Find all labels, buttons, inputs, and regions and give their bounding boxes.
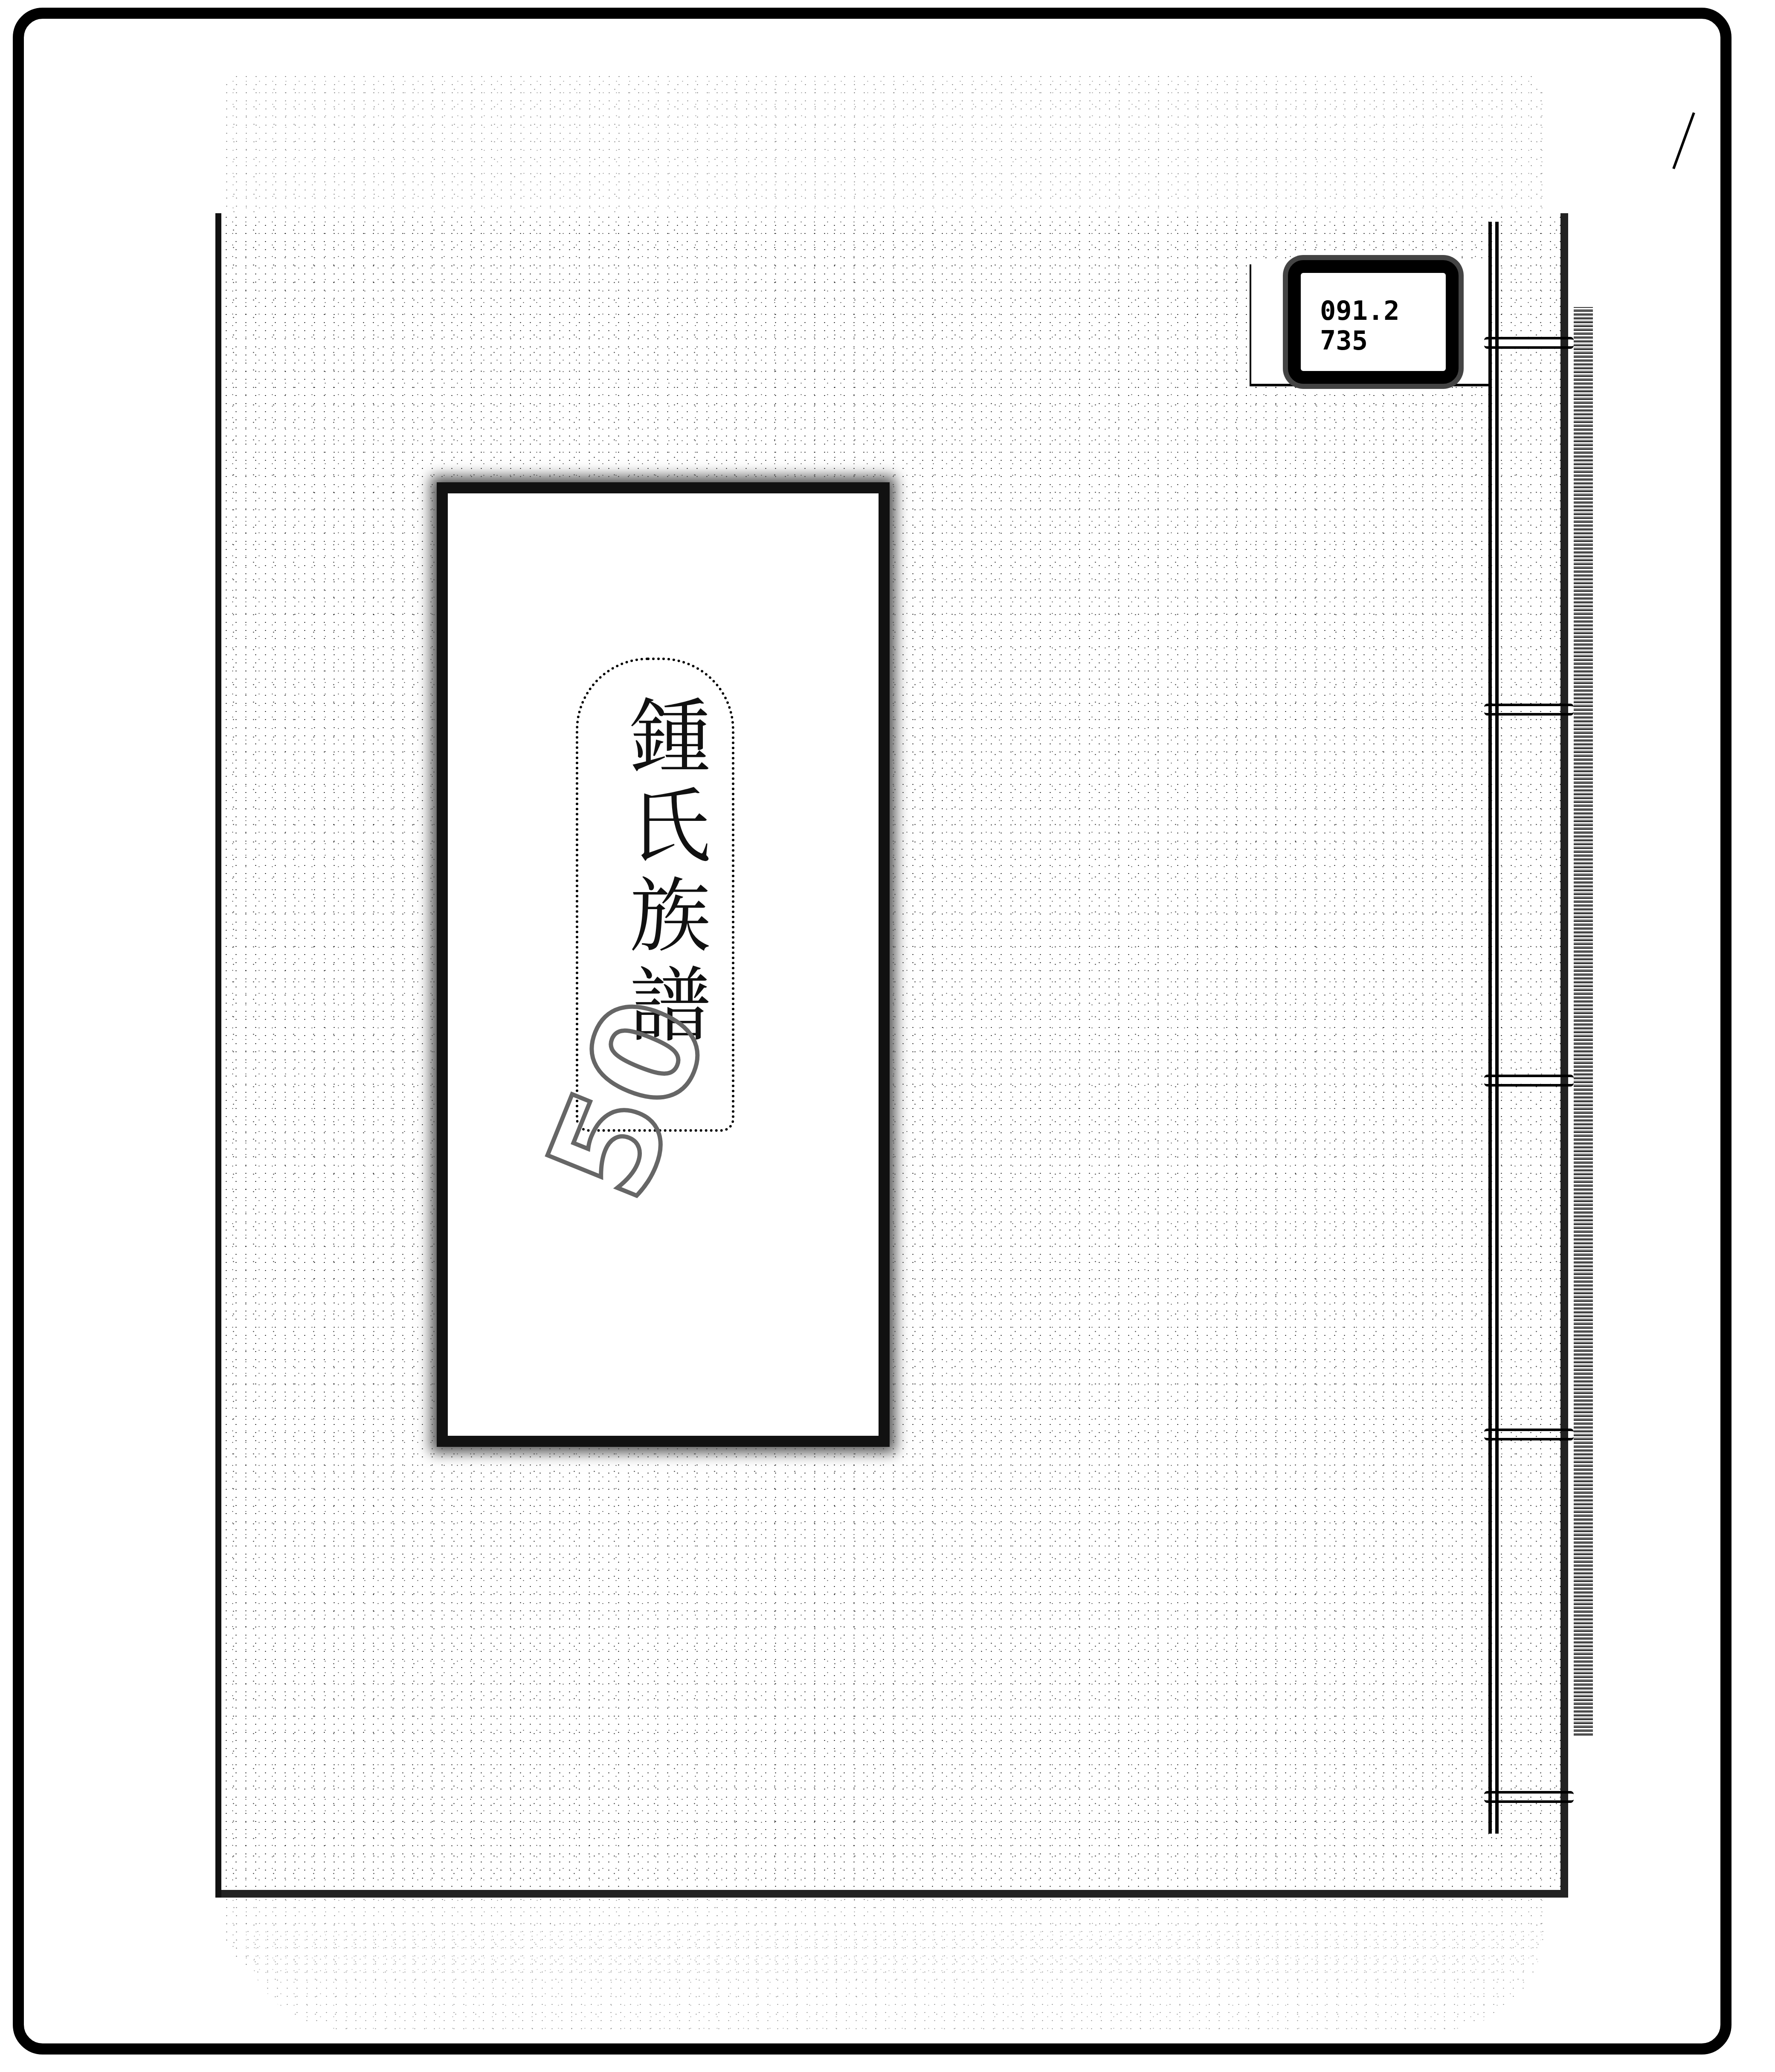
case-bottom-flap	[243, 1927, 1544, 2030]
binding-stitch	[1484, 1429, 1574, 1440]
call-number-line-2: 735	[1320, 327, 1368, 354]
stitched-binding	[1484, 222, 1561, 1834]
binding-stitch	[1484, 337, 1574, 349]
title-slip: 鍾氏族譜 50	[448, 493, 879, 1436]
call-number-line-1: 091.2	[1320, 298, 1400, 324]
book-cover	[215, 213, 1568, 1898]
call-number-label: 091.2 735	[1288, 260, 1459, 384]
binding-rail	[1495, 222, 1499, 1834]
binding-stitch	[1484, 1791, 1574, 1803]
binding-stitch	[1484, 1075, 1574, 1087]
binding-stitch	[1484, 704, 1574, 716]
spine-edge	[1574, 307, 1593, 1736]
binding-rail	[1488, 222, 1492, 1834]
